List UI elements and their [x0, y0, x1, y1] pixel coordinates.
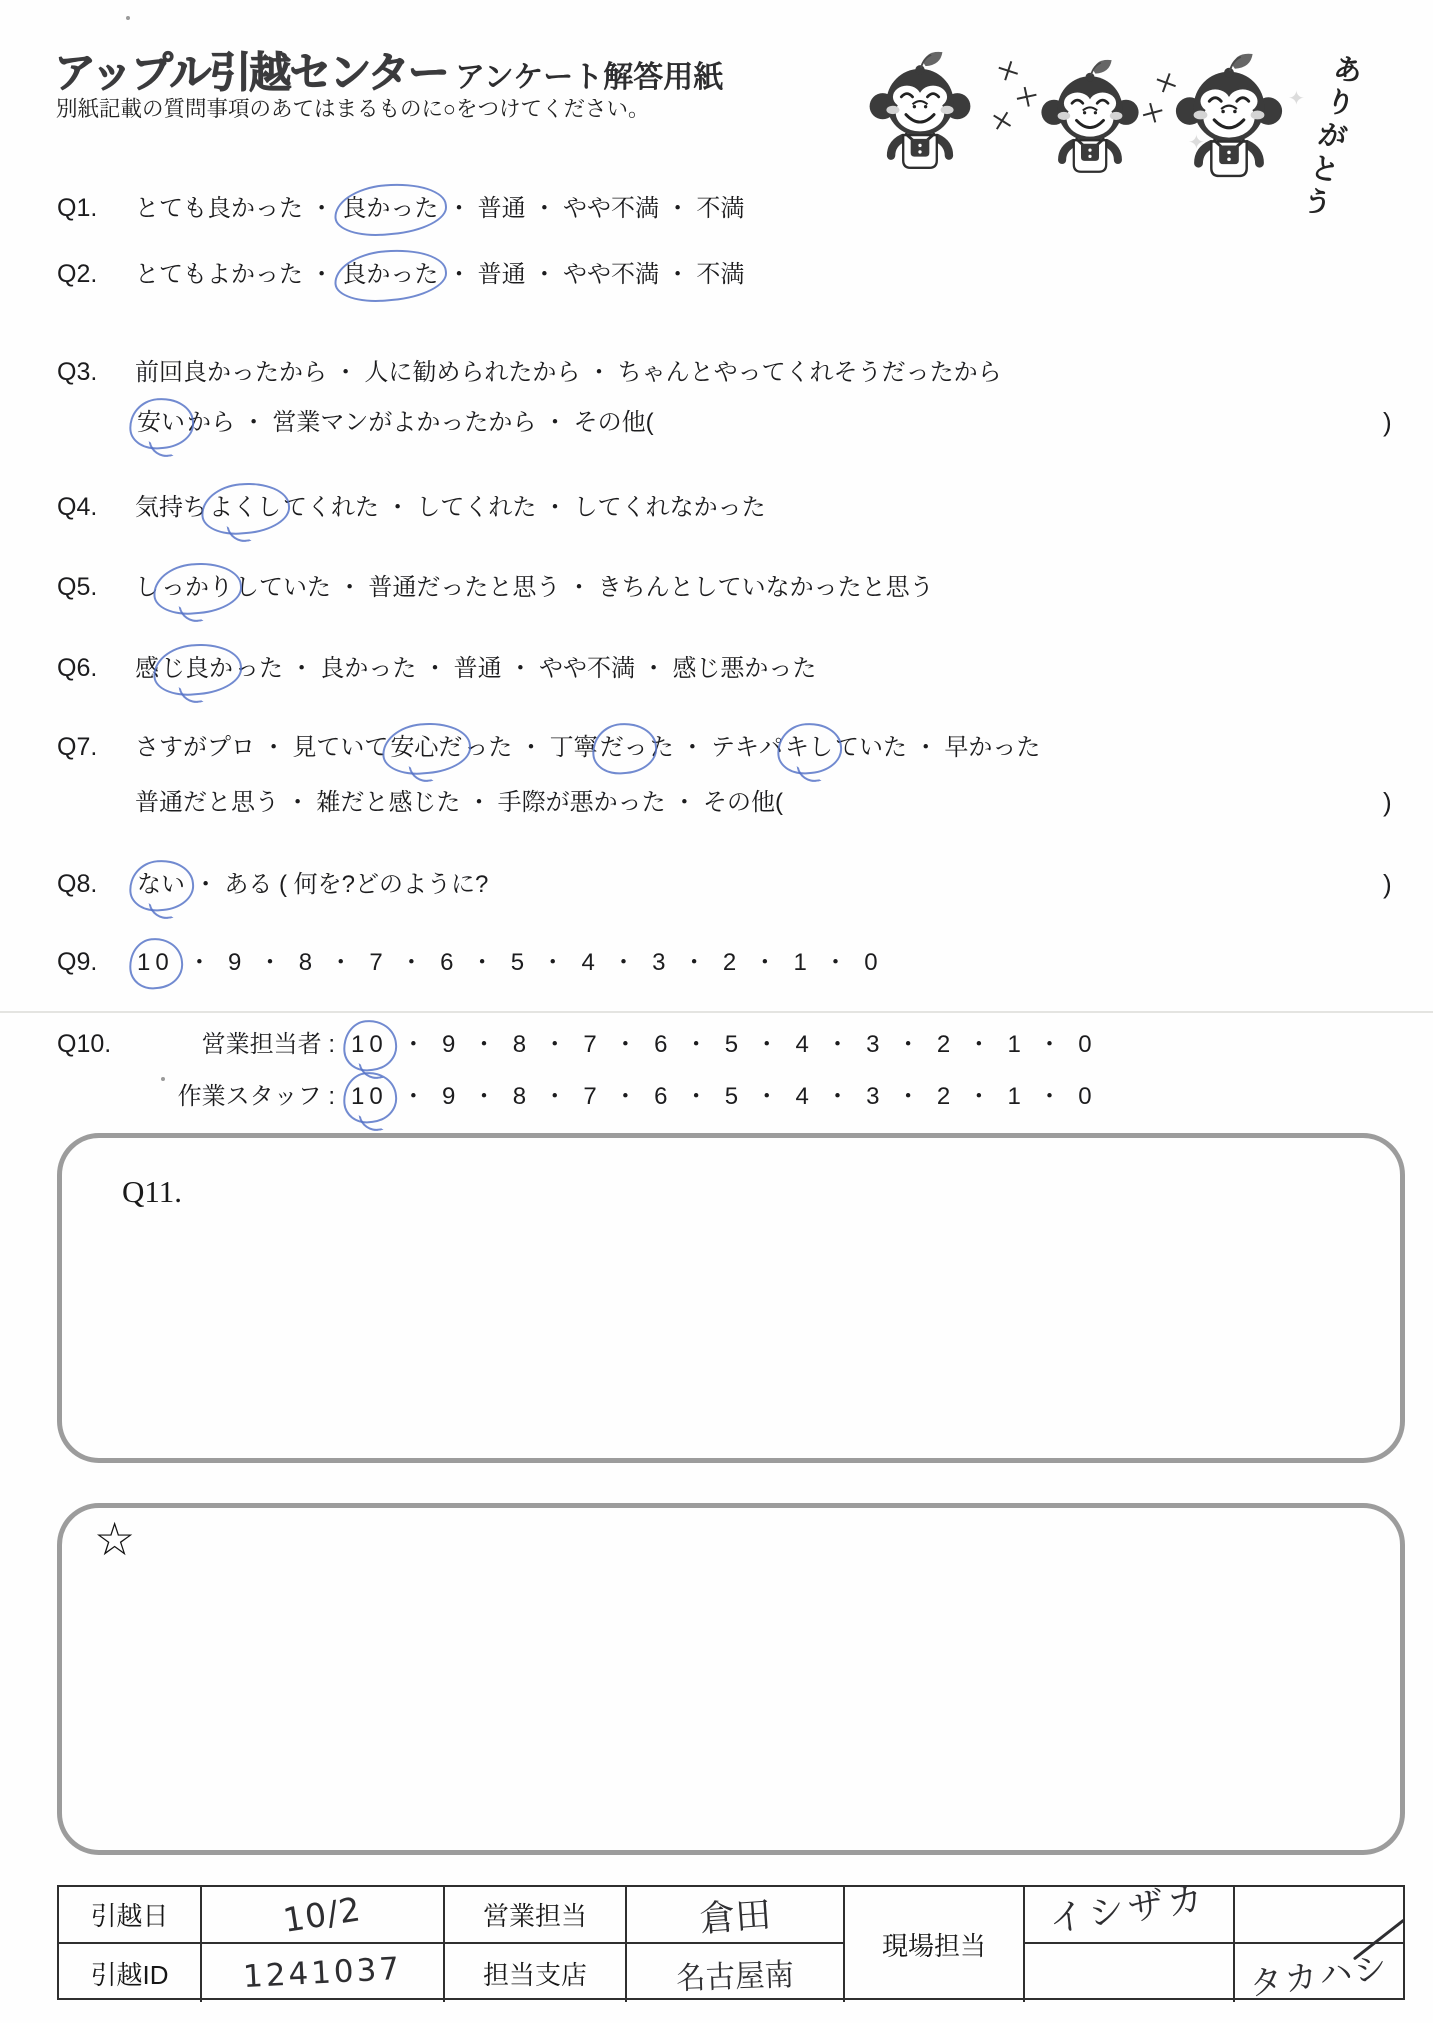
move-id-value: 1241037: [202, 1944, 445, 2002]
rating-target-label: 営業担当者 :: [135, 1028, 335, 1061]
question-id: Q8.: [57, 868, 135, 901]
move-date-value: 10/2: [202, 1887, 445, 1944]
closing-paren: ): [1383, 868, 1392, 901]
question-id: Q6.: [57, 652, 135, 685]
closing-paren: ): [1383, 786, 1392, 819]
pen-circled-option: キし: [783, 731, 835, 764]
option-text: さすがプロ ・ 見ていて安心だった ・ 丁寧だった ・ テキパキしていた ・ 早…: [135, 734, 1040, 761]
rating-target-label: 作業スタッフ :: [135, 1080, 335, 1113]
empty-cell: [1235, 1887, 1403, 1944]
monkey-icon: [1036, 56, 1144, 174]
survey-sheet-page: アップル引越センター アンケート解答用紙 別紙記載の質問事項のあてはまるものに○…: [0, 0, 1433, 2023]
scan-speck: [161, 1077, 165, 1081]
site-rep-label: 現場担当: [845, 1887, 1025, 2002]
question-row: Q8.ない ・ ある ( 何を?どのように?): [57, 868, 1401, 902]
question-row: Q1.とても良かった ・ 良かった ・ 普通 ・ やや不満 ・ 不満: [57, 192, 1401, 226]
question-row: 安いから ・ 営業マンがよかったから ・ その他(): [57, 406, 1401, 440]
pen-circled-option: だっ: [598, 731, 650, 764]
pen-circled-option: 安い: [135, 406, 187, 439]
option-text: 10 ・ 9 ・ 8 ・ 7 ・ 6 ・ 5 ・ 4 ・ 3 ・ 2 ・ 1 ・…: [135, 949, 883, 976]
option-text: 10 ・ 9 ・ 8 ・ 7 ・ 6 ・ 5 ・ 4 ・ 3 ・ 2 ・ 1 ・…: [349, 1031, 1097, 1058]
question-id: Q3.: [57, 356, 135, 389]
option-text: 安いから ・ 営業マンがよかったから ・ その他(: [135, 409, 654, 436]
brand-title: アップル引越センター: [54, 40, 448, 100]
monkey-icon: [1170, 50, 1288, 178]
pen-circled-option: よくし: [207, 491, 283, 524]
pen-circled-option: 10: [135, 946, 176, 979]
question-row: Q3.前回良かったから ・ 人に勧められたから ・ ちゃんとやってくれそうだった…: [57, 356, 1401, 390]
footer-info-table: 引越日 10/2 営業担当 倉田 現場担当 イシザカ 引越ID 1241037 …: [57, 1885, 1405, 2000]
scan-speck: [126, 16, 130, 20]
move-date-label: 引越日: [59, 1887, 202, 1944]
question-id: Q10.: [57, 1028, 135, 1061]
site-rep-value-top: イシザカ: [1025, 1887, 1235, 1944]
move-id-label: 引越ID: [59, 1944, 202, 2002]
q11-label: Q11.: [122, 1174, 182, 1210]
empty-cell: [1025, 1944, 1235, 2002]
option-text: 感じ良かった ・ 良かった ・ 普通 ・ やや不満 ・ 感じ悪かった: [135, 655, 816, 682]
sales-rep-label: 営業担当: [445, 1887, 627, 1944]
option-text: とてもよかった ・ 良かった ・ 普通 ・ やや不満 ・ 不満: [135, 261, 744, 288]
option-text: 10 ・ 9 ・ 8 ・ 7 ・ 6 ・ 5 ・ 4 ・ 3 ・ 2 ・ 1 ・…: [349, 1083, 1097, 1110]
q11-comment-box: Q11.: [57, 1133, 1405, 1463]
diamond-sparkle-icon: ✦: [1188, 130, 1205, 155]
option-text: ない ・ ある ( 何を?どのように?: [135, 871, 488, 898]
option-text: とても良かった ・ 良かった ・ 普通 ・ やや不満 ・ 不満: [135, 195, 744, 222]
closing-paren: ): [1383, 406, 1392, 439]
pen-circled-option: 安心だ: [388, 731, 464, 764]
question-row: Q4.気持ちよくしてくれた ・ してくれた ・ してくれなかった: [57, 491, 1401, 525]
branch-value: 名古屋南: [627, 1944, 845, 2002]
mascot-group: ＋ ＋ ＋ ＋ ＋ ✦ ✦ ありがとう: [858, 30, 1388, 190]
option-text: 普通だと思う ・ 雑だと感じた ・ 手際が悪かった ・ その他(: [135, 789, 783, 816]
pen-circled-option: 10: [349, 1028, 390, 1061]
question-row: Q10.営業担当者 :10 ・ 9 ・ 8 ・ 7 ・ 6 ・ 5 ・ 4 ・ …: [57, 1028, 1401, 1062]
pen-circled-option: じ良か: [159, 652, 235, 685]
scan-artifact-line: [0, 1011, 1433, 1013]
question-id: Q5.: [57, 571, 135, 604]
monkey-icon: [864, 48, 976, 170]
instruction-text: 別紙記載の質問事項のあてはまるものに○をつけてください。: [56, 92, 650, 123]
diamond-sparkle-icon: ✦: [1288, 86, 1305, 111]
question-id: Q2.: [57, 258, 135, 291]
pen-circled-option: 10: [349, 1080, 390, 1113]
sales-rep-value: 倉田: [627, 1887, 845, 1944]
sheet-title: アンケート解答用紙: [455, 52, 723, 96]
option-text: しっかりしていた ・ 普通だったと思う ・ きちんとしていなかったと思う: [135, 574, 934, 601]
question-row: Q6.感じ良かった ・ 良かった ・ 普通 ・ やや不満 ・ 感じ悪かった: [57, 652, 1401, 686]
pen-circled-option: 良かった: [340, 258, 440, 291]
pen-circled-option: ない: [135, 868, 187, 901]
question-id: Q1.: [57, 192, 135, 225]
question-id: Q4.: [57, 491, 135, 524]
question-row: Q5.しっかりしていた ・ 普通だったと思う ・ きちんとしていなかったと思う: [57, 571, 1401, 605]
question-id: Q7.: [57, 731, 135, 764]
star-icon: ☆: [94, 1516, 135, 1562]
pen-circled-option: っかり: [159, 571, 235, 604]
question-row: Q7.さすがプロ ・ 見ていて安心だった ・ 丁寧だった ・ テキパキしていた …: [57, 731, 1401, 765]
option-text: 気持ちよくしてくれた ・ してくれた ・ してくれなかった: [135, 494, 766, 521]
branch-label: 担当支店: [445, 1944, 627, 2002]
question-row: Q2.とてもよかった ・ 良かった ・ 普通 ・ やや不満 ・ 不満: [57, 258, 1401, 292]
question-id: Q9.: [57, 946, 135, 979]
question-row: Q9.10 ・ 9 ・ 8 ・ 7 ・ 6 ・ 5 ・ 4 ・ 3 ・ 2 ・ …: [57, 946, 1401, 980]
pen-circled-option: 良かった: [340, 192, 440, 225]
star-comment-box: ☆: [57, 1503, 1405, 1855]
option-text: 前回良かったから ・ 人に勧められたから ・ ちゃんとやってくれそうだったから: [135, 359, 1002, 386]
question-row: 普通だと思う ・ 雑だと感じた ・ 手際が悪かった ・ その他(): [57, 786, 1401, 820]
site-rep-value-bottom: タカハシ: [1235, 1944, 1403, 2002]
question-row: 作業スタッフ :10 ・ 9 ・ 8 ・ 7 ・ 6 ・ 5 ・ 4 ・ 3 ・…: [57, 1080, 1401, 1114]
